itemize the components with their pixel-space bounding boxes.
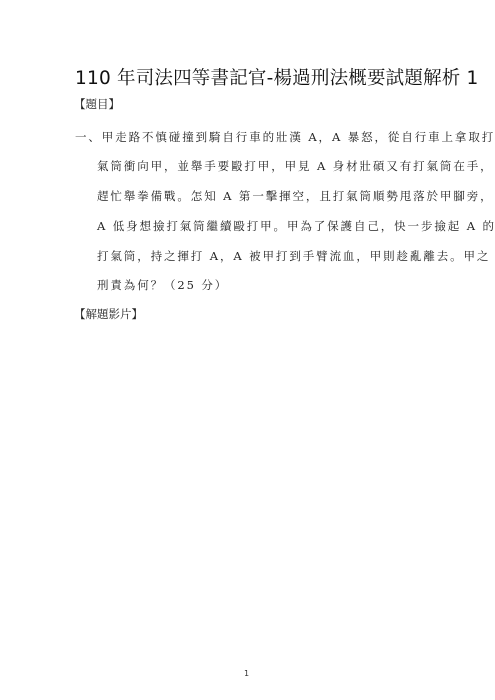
page-number: 1	[244, 669, 249, 678]
question-line: 氣筒衝向甲，並舉手要毆打甲，甲見 A 身材壯碩又有打氣筒在手，	[97, 158, 494, 174]
section-heading-question: 【題目】	[74, 96, 120, 112]
question-line: 一、甲走路不慎碰撞到騎自行車的壯漢 A，A 暴怒，從自行車上拿取打	[75, 129, 495, 145]
question-line: 趕忙舉拳備戰。怎知 A 第一擊揮空，且打氣筒順勢甩落於甲腳旁，	[97, 188, 494, 204]
question-line: 打氣筒，持之揮打 A，A 被甲打到手臂流血，甲則趁亂離去。甲之	[97, 248, 490, 264]
section-heading-video: 【解題影片】	[74, 306, 143, 322]
document-title: 110 年司法四等書記官-楊過刑法概要試題解析 1	[75, 64, 435, 90]
question-line: A 低身想撿打氣筒繼續毆打甲。甲為了保護自己，快一步撿起 A 的	[97, 218, 495, 234]
document-page: 110 年司法四等書記官-楊過刑法概要試題解析 1 【題目】 一、甲走路不慎碰撞…	[0, 0, 495, 700]
question-line: 刑責為何？（25 分）	[97, 277, 228, 293]
